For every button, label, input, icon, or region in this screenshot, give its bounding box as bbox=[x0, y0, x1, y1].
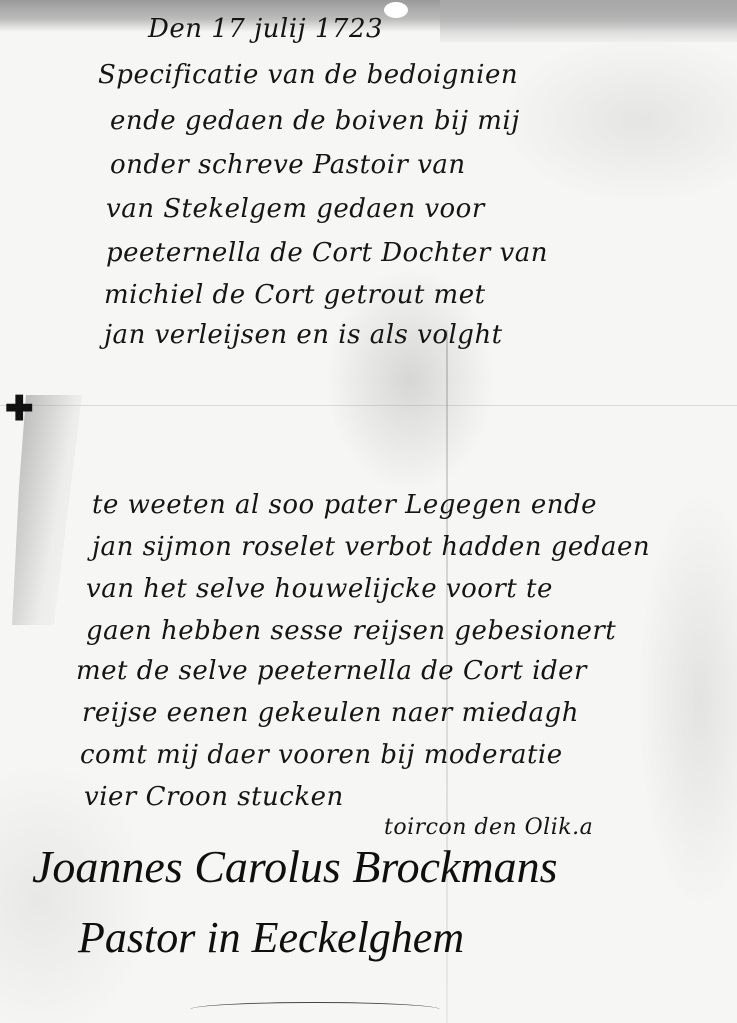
bottom-ink-stroke bbox=[190, 1002, 440, 1017]
header-line-1: Specificatie van de bedoignien bbox=[98, 60, 518, 90]
body-line-7: comt mij daer vooren bij moderatie bbox=[80, 740, 563, 770]
ink-blot-icon: ✚ bbox=[5, 392, 35, 432]
header-line-3: onder schreve Pastoir van bbox=[110, 150, 466, 180]
body-line-8: vier Croon stucken bbox=[84, 782, 344, 812]
header-line-7: jan verleijsen en is als volght bbox=[104, 320, 503, 350]
signature-title: Pastor in Eeckelghem bbox=[78, 912, 464, 963]
body-line-2: jan sijmon roselet verbot hadden gedaen bbox=[92, 532, 650, 562]
body-line-6: reijse eenen gekeulen naer miedagh bbox=[82, 698, 579, 728]
header-line-5: peeternella de Cort Dochter van bbox=[106, 238, 548, 268]
annotation-text: toircon den Olik.a bbox=[384, 815, 593, 840]
signature-name: Joannes Carolus Brockmans bbox=[32, 840, 558, 893]
body-line-5: met de selve peeternella de Cort ider bbox=[76, 656, 587, 686]
horizontal-fold-crease bbox=[0, 405, 737, 406]
manuscript-page: ✚ Den 17 julij 1723 Specificatie van de … bbox=[0, 0, 737, 1023]
header-line-6: michiel de Cort getrout met bbox=[104, 280, 486, 310]
paper-hole bbox=[384, 2, 408, 18]
body-line-3: van het selve houwelijcke voort te bbox=[86, 574, 553, 604]
header-line-2: ende gedaen de boiven bij mij bbox=[110, 106, 520, 136]
date-line: Den 17 julij 1723 bbox=[148, 14, 383, 44]
body-line-1: te weeten al soo pater Legegen ende bbox=[92, 490, 597, 520]
paper-top-right-shadow bbox=[440, 0, 737, 42]
header-line-4: van Stekelgem gedaen voor bbox=[106, 194, 485, 224]
body-line-4: gaen hebben sesse reijsen gebesionert bbox=[86, 616, 616, 646]
